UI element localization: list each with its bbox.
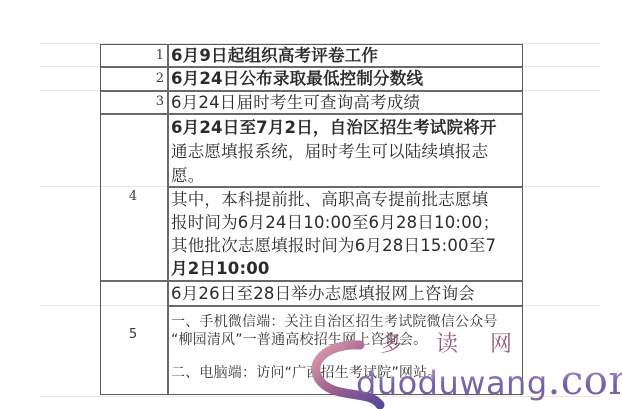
row-text-line: 其中，本科提前批、高职高专提前批志愿填 [171,188,518,211]
row-header-text: 6月26日至28日举办志愿填报网上咨询会 [171,282,518,305]
row-detail-line: 一、手机微信端：关注自治区招生考试院微信公众号 [171,313,518,332]
row-text-line: 月2日10:00 [171,257,518,280]
row-index: 2 [101,71,165,86]
watermark-domain-name: duoduwang [356,364,548,402]
row-text-line: 其他批次志愿填报时间为6月28日15:00至7 [171,234,518,257]
row-index: 4 [101,189,165,204]
row-text-line: 通志愿填报系统，届时考生可以陆续填报志 [171,140,518,163]
row-index: 5 [101,327,165,342]
column-divider [167,45,169,394]
row-text-line: 6月24日至7月2日，自治区招生考试院将开 [171,116,518,139]
watermark-domain-suffix: .com [548,358,622,404]
watermark-char: 多 [380,327,402,358]
row-text-line: 愿。 [171,164,518,187]
row-text: 6月24日公布录取最低控制分数线 [171,67,518,90]
row-text: 6月24日届时考生可查询高考成绩 [171,91,518,114]
watermark-char: 读 [436,327,458,358]
row-index: 1 [101,48,165,63]
row-text-line: 报时间为6月24日10:00至6月28日10:00； [171,211,518,234]
watermark-domain: duoduwang.com [356,358,622,404]
row-index: 3 [101,94,165,109]
watermark-char: 网 [490,327,512,358]
row-divider [167,305,522,307]
row-text: 6月9日起组织高考评卷工作 [171,44,518,67]
